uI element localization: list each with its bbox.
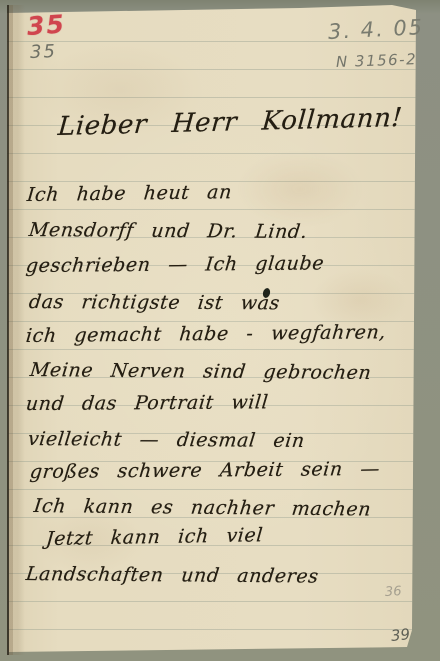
handwriting-line-9: großes schwere Arbeit sein —	[29, 458, 381, 483]
handwriting-line-11: Jetzt kann ich viel	[45, 524, 264, 550]
handwriting-line-10: Ich kann es nachher machen	[33, 495, 373, 521]
handwriting-line-3: geschrieben — Ich glaube	[25, 252, 325, 277]
inventory-number: N 3156-2	[336, 50, 418, 71]
handwriting-line-7: und das Portrait will	[25, 391, 270, 415]
date-annotation: 3. 4. 05	[327, 15, 424, 44]
handwriting-line-4: das richtigste ist was	[28, 291, 281, 314]
handwriting-line-2: Mensdorff und Dr. Lind.	[28, 219, 309, 243]
handwriting-line-6: Meine Nerven sind gebrochen	[29, 359, 373, 384]
handwriting-line-1: Ich habe heut an	[26, 181, 233, 206]
page-number-pencil: 35	[30, 41, 58, 63]
handwriting-line-8: vielleicht — diesmal ein	[27, 428, 306, 452]
folio-number-faint: 36	[385, 584, 402, 600]
page-number-red: 35	[26, 9, 67, 41]
handwriting-line-12: Landschaften und anderes	[25, 563, 320, 588]
folio-number-corner: 39	[390, 625, 411, 645]
handwriting-line-5: ich gemacht habe - wegfahren,	[25, 321, 387, 347]
letter-scan: 35 35 3. 4. 05 N 3156-2 36 39 Lieber Her…	[0, 0, 440, 661]
